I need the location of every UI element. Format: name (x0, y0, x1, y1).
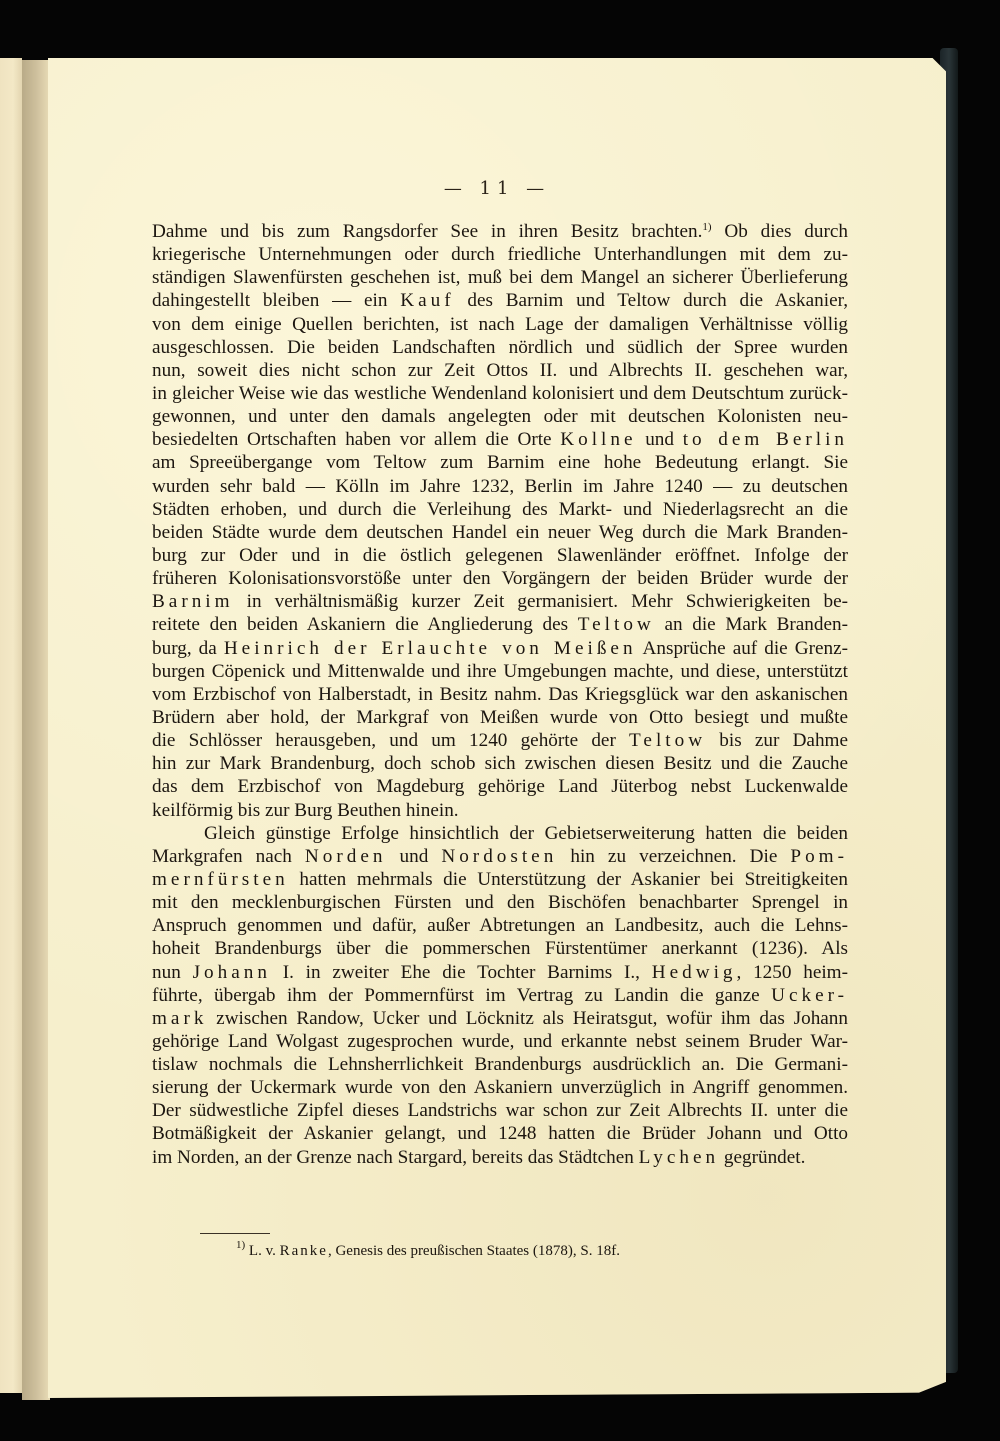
text-line: Dahme und bis zum Rangsdorfer See in ihr… (152, 220, 848, 243)
text-run: und (386, 846, 441, 867)
spaced-emphasis: Kauf (400, 290, 454, 311)
text-run: die Schlösser herausgeben, und um 1240 g… (152, 730, 629, 751)
text-run: in verhältnismäßig kurzer Zeit germanisi… (234, 591, 848, 612)
spaced-emphasis: mernfürsten (152, 869, 289, 890)
spaced-emphasis: Teltow (629, 730, 706, 751)
text-run: des Barnim und Teltow durch die Askanier… (455, 290, 848, 311)
text-run: gehörige Land Wolgast zugesprochen wurde… (152, 1031, 848, 1052)
text-line: dahingestellt bleiben — ein Kauf des Bar… (152, 289, 848, 312)
text-run: burg, da (152, 638, 224, 659)
text-line: kriegerische Unternehmungen oder durch f… (152, 243, 848, 266)
text-line: mernfürsten hatten mehrmals die Unterstü… (152, 868, 848, 891)
text-run: früheren Kolonisationsvorstöße unter den… (152, 568, 848, 589)
text-run: burg zur Oder und in die östlich gelegen… (152, 545, 848, 566)
spaced-emphasis: Kollne (560, 429, 636, 450)
text-run: Anspruch genommen und dafür, außer Abtre… (152, 915, 848, 936)
text-run: Städten erhoben, und durch die Verleihun… (152, 499, 848, 520)
text-run: von dem einige Quellen berichten, ist na… (152, 314, 848, 335)
text-run: , 1250 heim- (737, 962, 849, 983)
text-line: Gleich günstige Erfolge hinsichtlich der… (152, 822, 848, 845)
spaced-emphasis: Pom- (790, 846, 848, 867)
text-line: hoheit Brandenburgs über die pommerschen… (152, 937, 848, 960)
text-run: besiedelten Ortschaften haben vor allem … (152, 429, 560, 450)
text-line: von dem einige Quellen berichten, ist na… (152, 313, 848, 336)
text-run: Ob dies durch (712, 221, 848, 242)
text-run: mit den mecklenburgischen Fürsten und de… (152, 892, 848, 913)
text-run: Botmäßigkeit der Askanier gelangt, und 1… (152, 1123, 848, 1144)
text-run: führte, übergab ihm der Pommernfürst im … (152, 985, 771, 1006)
text-line: hin zur Mark Brandenburg, doch schob sic… (152, 752, 848, 775)
text-run: hin zu verzeichnen. Die (557, 846, 790, 867)
text-line: beiden Städte wurde dem deutschen Handel… (152, 521, 848, 544)
text-line: ausgeschlossen. Die beiden Landschaften … (152, 336, 848, 359)
text-run: an die Mark Branden- (655, 614, 848, 635)
text-run: das dem Erzbischof von Magdeburg gehörig… (152, 776, 848, 797)
text-line: am Spreeübergange vom Teltow zum Barnim … (152, 451, 848, 474)
footnote-reference: 1) (702, 221, 711, 233)
page-number: — 11 — (48, 178, 946, 199)
text-line: nun Johann I. in zweiter Ehe die Tochter… (152, 961, 848, 984)
text-run: gegründet. (719, 1147, 805, 1168)
text-line: gehörige Land Wolgast zugesprochen wurde… (152, 1030, 848, 1053)
spaced-emphasis: Teltow (578, 614, 655, 635)
text-run: im Norden, an der Grenze nach Stargard, … (152, 1147, 639, 1168)
footnote: 1) L. v. Ranke, Genesis des preußischen … (236, 1243, 620, 1260)
text-line: nun, soweit dies nicht schon zur Zeit Ot… (152, 359, 848, 382)
text-line: gewonnen, und unter den damals angelegte… (152, 405, 848, 428)
text-line: keilförmig bis zur Burg Beuthen hinein. (152, 799, 848, 822)
text-run: Markgrafen nach (152, 846, 305, 867)
spaced-emphasis: Lychen (639, 1147, 719, 1168)
spaced-emphasis: Ucker- (771, 985, 848, 1006)
text-line: das dem Erzbischof von Magdeburg gehörig… (152, 775, 848, 798)
scanned-book-spread: — 11 — Dahme und bis zum Rangsdorfer See… (0, 0, 1000, 1441)
text-run: nun (152, 962, 193, 983)
text-line: mark zwischen Randow, Ucker und Löcknitz… (152, 1007, 848, 1030)
text-run: in gleicher Weise wie das westliche Wend… (152, 383, 848, 404)
text-run: burgen Cöpenick und Mittenwalde und ihre… (152, 661, 848, 682)
text-line: wurden sehr bald — Kölln im Jahre 1232, … (152, 475, 848, 498)
text-line: in gleicher Weise wie das westliche Wend… (152, 382, 848, 405)
text-run: Dahme und bis zum Rangsdorfer See in ihr… (152, 221, 702, 242)
text-line: Der südwestliche Zipfel dieses Landstric… (152, 1099, 848, 1122)
text-run: reitete den beiden Askaniern die Anglied… (152, 614, 578, 635)
text-line: tislaw nochmals die Lehnsherrlichkeit Br… (152, 1053, 848, 1076)
text-line: vom Erzbischof von Halberstadt, in Besit… (152, 683, 848, 706)
footnote-marker: 1) (236, 1239, 245, 1251)
text-line: im Norden, an der Grenze nach Stargard, … (152, 1146, 848, 1169)
footnote-author-initial: L. v. (249, 1243, 280, 1259)
text-run: ständigen Slawenfürsten geschehen ist, m… (152, 267, 848, 288)
spaced-emphasis: Norden (305, 846, 387, 867)
text-line: Brüdern aber hold, der Markgraf von Meiß… (152, 706, 848, 729)
text-run: Ansprüche auf die Grenz- (637, 638, 848, 659)
text-run: zwischen Randow, Ucker und Löcknitz als … (207, 1008, 848, 1029)
text-run: Gleich günstige Erfolge hinsichtlich der… (204, 823, 848, 844)
text-run: tislaw nochmals die Lehnsherrlichkeit Br… (152, 1054, 848, 1075)
text-line: ständigen Slawenfürsten geschehen ist, m… (152, 266, 848, 289)
spaced-emphasis: Hedwig (652, 962, 737, 983)
spaced-emphasis: Barnim (152, 591, 234, 612)
text-run: hoheit Brandenburgs über die pommerschen… (152, 938, 848, 959)
text-run: Brüdern aber hold, der Markgraf von Meiß… (152, 707, 848, 728)
text-line: reitete den beiden Askaniern die Anglied… (152, 613, 848, 636)
spaced-emphasis: Johann (193, 962, 271, 983)
text-run: sierung der Uckermark wurde von den Aska… (152, 1077, 848, 1098)
text-line: besiedelten Ortschaften haben vor allem … (152, 428, 848, 451)
text-run: I. in zweiter Ehe die Tochter Barnims I.… (271, 962, 652, 983)
footnote-separator (200, 1233, 270, 1234)
text-run: hin zur Mark Brandenburg, doch schob sic… (152, 753, 848, 774)
book-page: — 11 — Dahme und bis zum Rangsdorfer See… (48, 58, 946, 1398)
body-text: Dahme und bis zum Rangsdorfer See in ihr… (152, 220, 848, 1169)
spaced-emphasis: Heinrich der Erlauchte von Meißen (224, 638, 637, 659)
text-line: Städten erhoben, und durch die Verleihun… (152, 498, 848, 521)
footnote-citation: , Genesis des preußischen Staates (1878)… (328, 1243, 620, 1259)
text-line: burgen Cöpenick und Mittenwalde und ihre… (152, 660, 848, 683)
spaced-emphasis: mark (152, 1008, 207, 1029)
text-line: mit den mecklenburgischen Fürsten und de… (152, 891, 848, 914)
text-run: gewonnen, und unter den damals angelegte… (152, 406, 848, 427)
text-line: Barnim in verhältnismäßig kurzer Zeit ge… (152, 590, 848, 613)
text-line: Anspruch genommen und dafür, außer Abtre… (152, 914, 848, 937)
text-run: bis zur Dahme (706, 730, 848, 751)
text-run: hatten mehrmals die Unterstützung der As… (289, 869, 848, 890)
text-line: Botmäßigkeit der Askanier gelangt, und 1… (152, 1122, 848, 1145)
text-line: burg zur Oder und in die östlich gelegen… (152, 544, 848, 567)
footnote-author-name: Ranke (280, 1243, 328, 1259)
text-line: die Schlösser herausgeben, und um 1240 g… (152, 729, 848, 752)
text-run: Der südwestliche Zipfel dieses Landstric… (152, 1100, 848, 1121)
text-run: keilförmig bis zur Burg Beuthen hinein. (152, 800, 459, 821)
spaced-emphasis: to dem Berlin (683, 429, 848, 450)
spaced-emphasis: Nordosten (441, 846, 557, 867)
text-run: nun, soweit dies nicht schon zur Zeit Ot… (152, 360, 848, 381)
text-line: Markgrafen nach Norden und Nordosten hin… (152, 845, 848, 868)
left-page-edge (0, 58, 22, 1393)
text-line: sierung der Uckermark wurde von den Aska… (152, 1076, 848, 1099)
text-line: führte, übergab ihm der Pommernfürst im … (152, 984, 848, 1007)
gutter-shadow (22, 60, 50, 1400)
text-line: früheren Kolonisationsvorstöße unter den… (152, 567, 848, 590)
text-run: wurden sehr bald — Kölln im Jahre 1232, … (152, 476, 848, 497)
text-run: und (637, 429, 683, 450)
text-run: dahingestellt bleiben — ein (152, 290, 400, 311)
text-run: am Spreeübergange vom Teltow zum Barnim … (152, 452, 848, 473)
text-run: ausgeschlossen. Die beiden Landschaften … (152, 337, 848, 358)
text-run: beiden Städte wurde dem deutschen Handel… (152, 522, 848, 543)
text-line: burg, da Heinrich der Erlauchte von Meiß… (152, 637, 848, 660)
text-run: kriegerische Unternehmungen oder durch f… (152, 244, 848, 265)
text-run: vom Erzbischof von Halberstadt, in Besit… (152, 684, 848, 705)
